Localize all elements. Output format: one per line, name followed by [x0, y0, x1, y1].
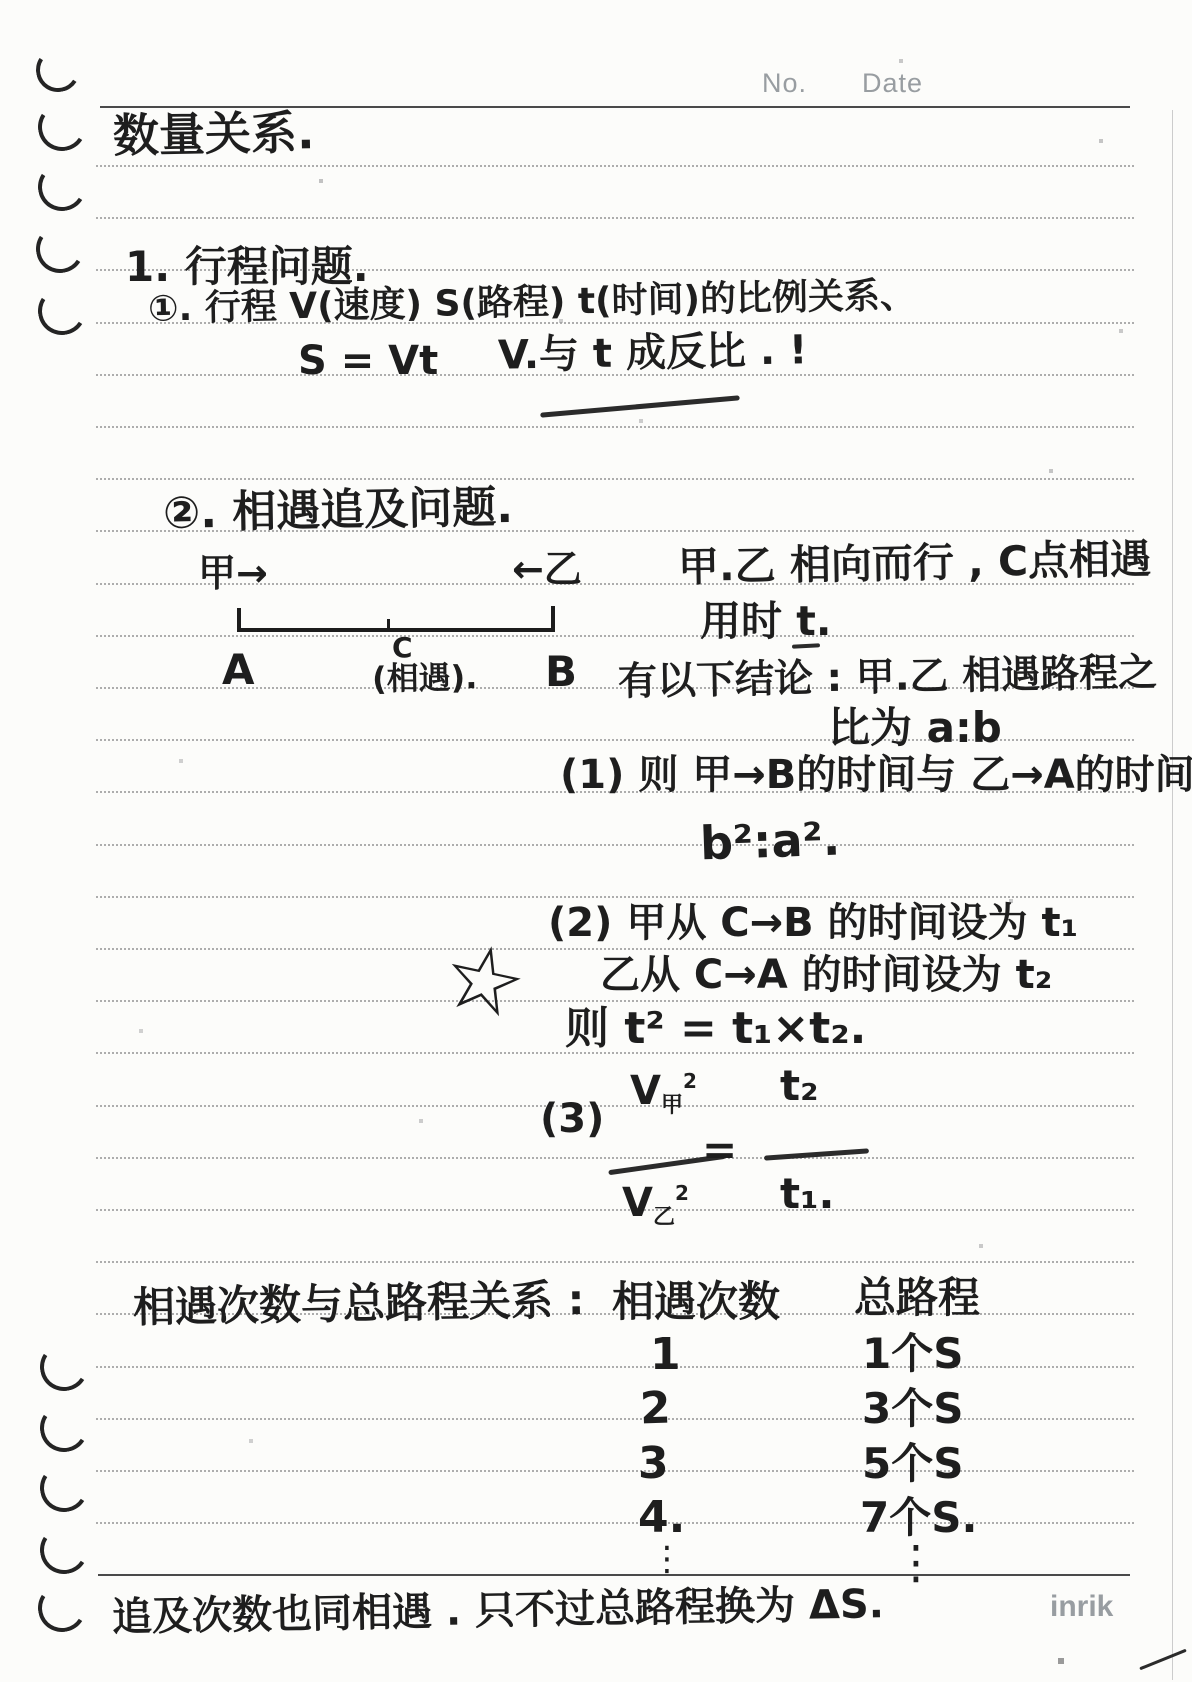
diagram-segment: [237, 606, 555, 632]
binder-hole-mark: [36, 1339, 93, 1396]
ruled-line: [96, 635, 1134, 637]
table-row-count: 3: [638, 1439, 669, 1490]
den-sub: 乙: [653, 1205, 675, 1230]
segment-tick-left: [237, 608, 241, 632]
desc-line2: 用时 t.: [700, 598, 831, 645]
table-row-distance: 5个S: [862, 1440, 963, 1488]
conclusion-line1: 有以下结论 : 甲.乙 相遇路程之: [618, 651, 1158, 705]
section2-heading: ②. 相遇追及问题.: [163, 483, 514, 540]
ruled-line: [96, 1105, 1134, 1107]
binder-hole-mark: [36, 1522, 93, 1579]
star-icon: ☆: [433, 921, 536, 1042]
table-col-count-header: 相遇次数: [612, 1278, 780, 1326]
formula-s-vt: S = Vt: [298, 338, 438, 384]
page-title: 数量关系.: [113, 106, 315, 162]
num-base: V: [630, 1068, 661, 1114]
num-sub: 甲: [661, 1093, 683, 1118]
table-row-distance: 1个S: [862, 1330, 963, 1378]
segment-tick-right: [551, 606, 555, 632]
table-ellipsis-distance: ⋮: [893, 1536, 939, 1589]
conclusion2-line3: 则 t² = t₁×t₂.: [565, 1004, 866, 1055]
conclusion2-line1: (2) 甲从 C→B 的时间设为 t₁: [548, 900, 1078, 946]
ruled-line: [96, 1522, 1134, 1524]
diagram-point-c-note: (相遇).: [372, 659, 478, 698]
binder-hole-mark: [34, 159, 91, 216]
conclusion2-line2: 乙从 C→A 的时间设为 t₂: [600, 952, 1052, 998]
footer-rule: [98, 1574, 1130, 1576]
conclusion1: (1) 则 甲→B的时间与 乙→A的时间为.: [560, 752, 1192, 798]
diagram-point-b: B: [545, 648, 577, 696]
fraction-equals: =: [702, 1126, 737, 1174]
ruled-line: [96, 1418, 1134, 1420]
ruled-line: [96, 1157, 1134, 1159]
conclusion2-label: (2): [548, 900, 612, 946]
relation-underline: [540, 395, 740, 417]
relation-note: V.与 t 成反比 . !: [498, 327, 808, 378]
ruled-line: [96, 426, 1134, 428]
ruled-line: [96, 217, 1134, 219]
t-underline: [792, 643, 820, 648]
ruled-line: [96, 1261, 1134, 1263]
ruled-line: [96, 948, 1134, 950]
ruled-line: [96, 165, 1134, 167]
ruled-line: [96, 896, 1134, 898]
table-caption: 相遇次数与总路程关系 :: [133, 1276, 585, 1332]
binder-hole-mark: [34, 283, 91, 340]
notebook-page: No. Date 数量关系. 1. 行程问题. ①. 行程 V(速度) S(路程…: [0, 0, 1192, 1682]
binder-hole-mark: [36, 1460, 93, 1517]
conclusion1-label: (1): [560, 752, 624, 798]
conclusion-line2: 比为 a:b: [828, 704, 1002, 752]
page-edge-line: [1172, 110, 1173, 1680]
binder-hole-mark: [34, 1580, 91, 1637]
ruled-line: [96, 1366, 1134, 1368]
fraction-rhs-den: t₁.: [780, 1170, 834, 1218]
ruled-line: [96, 1209, 1134, 1211]
diagram-left-mover: 甲→: [198, 552, 268, 596]
date-label: Date: [862, 68, 923, 99]
den-base: V: [622, 1180, 653, 1226]
fraction-denominator: V乙2: [622, 1180, 689, 1230]
footer-note: 追及次数也同相遇 . 只不过总路程换为 ΔS.: [112, 1581, 885, 1640]
ruled-line: [96, 844, 1134, 846]
scan-mark: [1139, 1649, 1186, 1671]
table-row-distance: 3个S: [862, 1385, 963, 1433]
den-sup: 2: [675, 1181, 689, 1205]
scan-dust: [0, 0, 2, 2]
fraction-bar-right: [764, 1148, 869, 1160]
diagram-point-a: A: [222, 646, 255, 694]
fraction-numerator: V甲2: [630, 1068, 697, 1118]
num-sup: 2: [683, 1069, 697, 1093]
section1-heading: 1. 行程问题.: [125, 243, 369, 291]
binder-hole-mark: [32, 44, 84, 96]
fraction-rhs-num: t₂: [780, 1062, 818, 1110]
section1-item-label: ①.: [148, 288, 193, 330]
segment-tick-mid: [387, 619, 390, 632]
binder-hole-mark: [32, 221, 89, 278]
conclusion1-result: b²:a².: [699, 813, 841, 871]
ruled-line: [96, 1470, 1134, 1472]
ruled-line: [96, 478, 1134, 480]
diagram-right-mover: ←乙: [512, 548, 582, 592]
conclusion3-label: (3): [540, 1096, 604, 1142]
binder-hole-mark: [36, 1400, 93, 1457]
table-row-count: 2: [639, 1383, 671, 1435]
conclusion1-text: 则 甲→B的时间与 乙→A的时间为.: [638, 752, 1192, 798]
binder-hole-mark: [34, 99, 91, 156]
no-label: No.: [762, 68, 807, 99]
table-row-count: 4.: [638, 1493, 685, 1544]
desc-line1: 甲.乙 相向而行 , C点相遇: [678, 536, 1152, 591]
conclusion2-text1: 甲从 C→B 的时间设为 t₁: [626, 900, 1078, 946]
ruled-line: [96, 1000, 1134, 1002]
brand-logo: inrik: [1050, 1590, 1113, 1624]
table-col-distance-header: 总路程: [854, 1274, 980, 1322]
table-row-count: 1: [650, 1330, 681, 1381]
